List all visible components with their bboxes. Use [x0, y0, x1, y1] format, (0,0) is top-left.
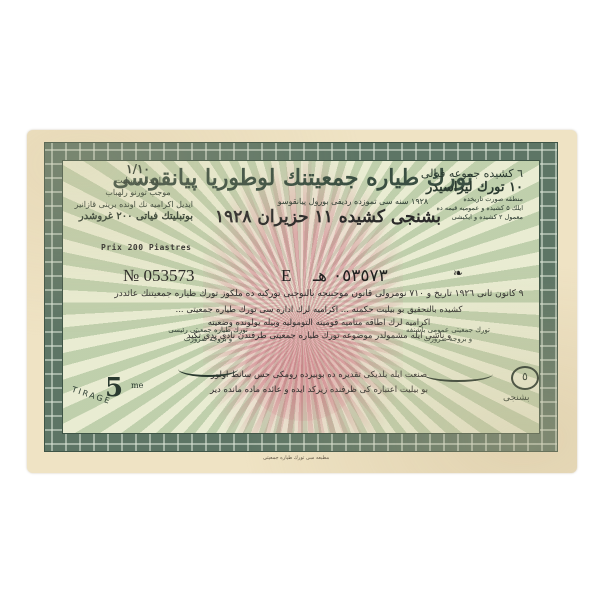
right-signatory-title: تورك جمعيتى عمومى باشنفه و بروجه ضرورت — [393, 326, 503, 344]
lottery-ticket: تورك طياره جمعيتنك لوطوريا پيانقوسى ١٩٢٨… — [27, 130, 577, 473]
body-line: بو بيليت اعتباره كى ظرفنده زيركد ايده و … — [109, 384, 529, 397]
right-small-line: ايلك ۵ كشيده و عموميه قيمه ده — [403, 204, 523, 213]
series-letter-latin: E — [281, 266, 291, 286]
left-signatory-title: تورك طياره جمعيتى رئيسى و بروجه ضرورت — [153, 326, 263, 344]
serial-row: № 053573 E هـ ٠٥٣٥٧٣ ❧ — [123, 266, 483, 286]
serial-number-latin: № 053573 — [123, 266, 194, 286]
right-signature — [423, 366, 493, 382]
body-line: كشيده بالتحقيق بو بيليت حكمنه ... اكرامي… — [109, 304, 529, 317]
right-line-2: ١٠ تورك ليراسيدر — [403, 181, 523, 195]
series-letter-arabic: هـ — [313, 266, 327, 286]
left-signature — [178, 361, 238, 377]
draw-number-stamp: ٥ — [511, 366, 539, 390]
left-info-block: ١/١٠ اونده بر بيليت موجب تورنو رلهباب اي… — [83, 163, 193, 223]
serial-number-arabic: ٠٥٣٥٧٣ — [333, 266, 388, 286]
ornamental-border: تورك طياره جمعيتنك لوطوريا پيانقوسى ١٩٢٨… — [44, 142, 558, 452]
left-line: موجب تورنو رلهباب — [83, 187, 193, 199]
body-line: ٩ كانون ثانى ١٩٢٦ تاريخ و ٧١٠ نومرولى قا… — [109, 288, 529, 301]
draw-stamp-text: بشنجى — [503, 393, 530, 403]
printer-imprint: مطبعه سى تورك طياره جمعيتى — [263, 455, 329, 461]
price-latin: Prix 200 Piastres — [101, 243, 191, 252]
left-line: اونده بر بيليت — [83, 175, 193, 187]
tirage-suffix: me — [131, 381, 143, 390]
left-price-line: بوتبليتك فياتى ٢٠٠ غروشدر — [83, 211, 193, 223]
right-small-line: معمول ٢ كشيده و ايكيشى — [403, 213, 523, 222]
fraction-label: ١/١٠ — [83, 163, 193, 175]
tughra-icon: ❧ — [453, 266, 463, 281]
right-info-block: ٦ كشيده جموعه فيالى ١٠ تورك ليراسيدر منط… — [403, 167, 523, 222]
right-line-1: ٦ كشيده جموعه فيالى — [403, 167, 523, 181]
ticket-field: تورك طياره جمعيتنك لوطوريا پيانقوسى ١٩٢٨… — [62, 160, 540, 434]
left-line: ايديل اكراميه نك اونده برينى قازانير — [83, 199, 193, 211]
right-small-line: منطقه صورت تاريخده — [403, 195, 523, 204]
